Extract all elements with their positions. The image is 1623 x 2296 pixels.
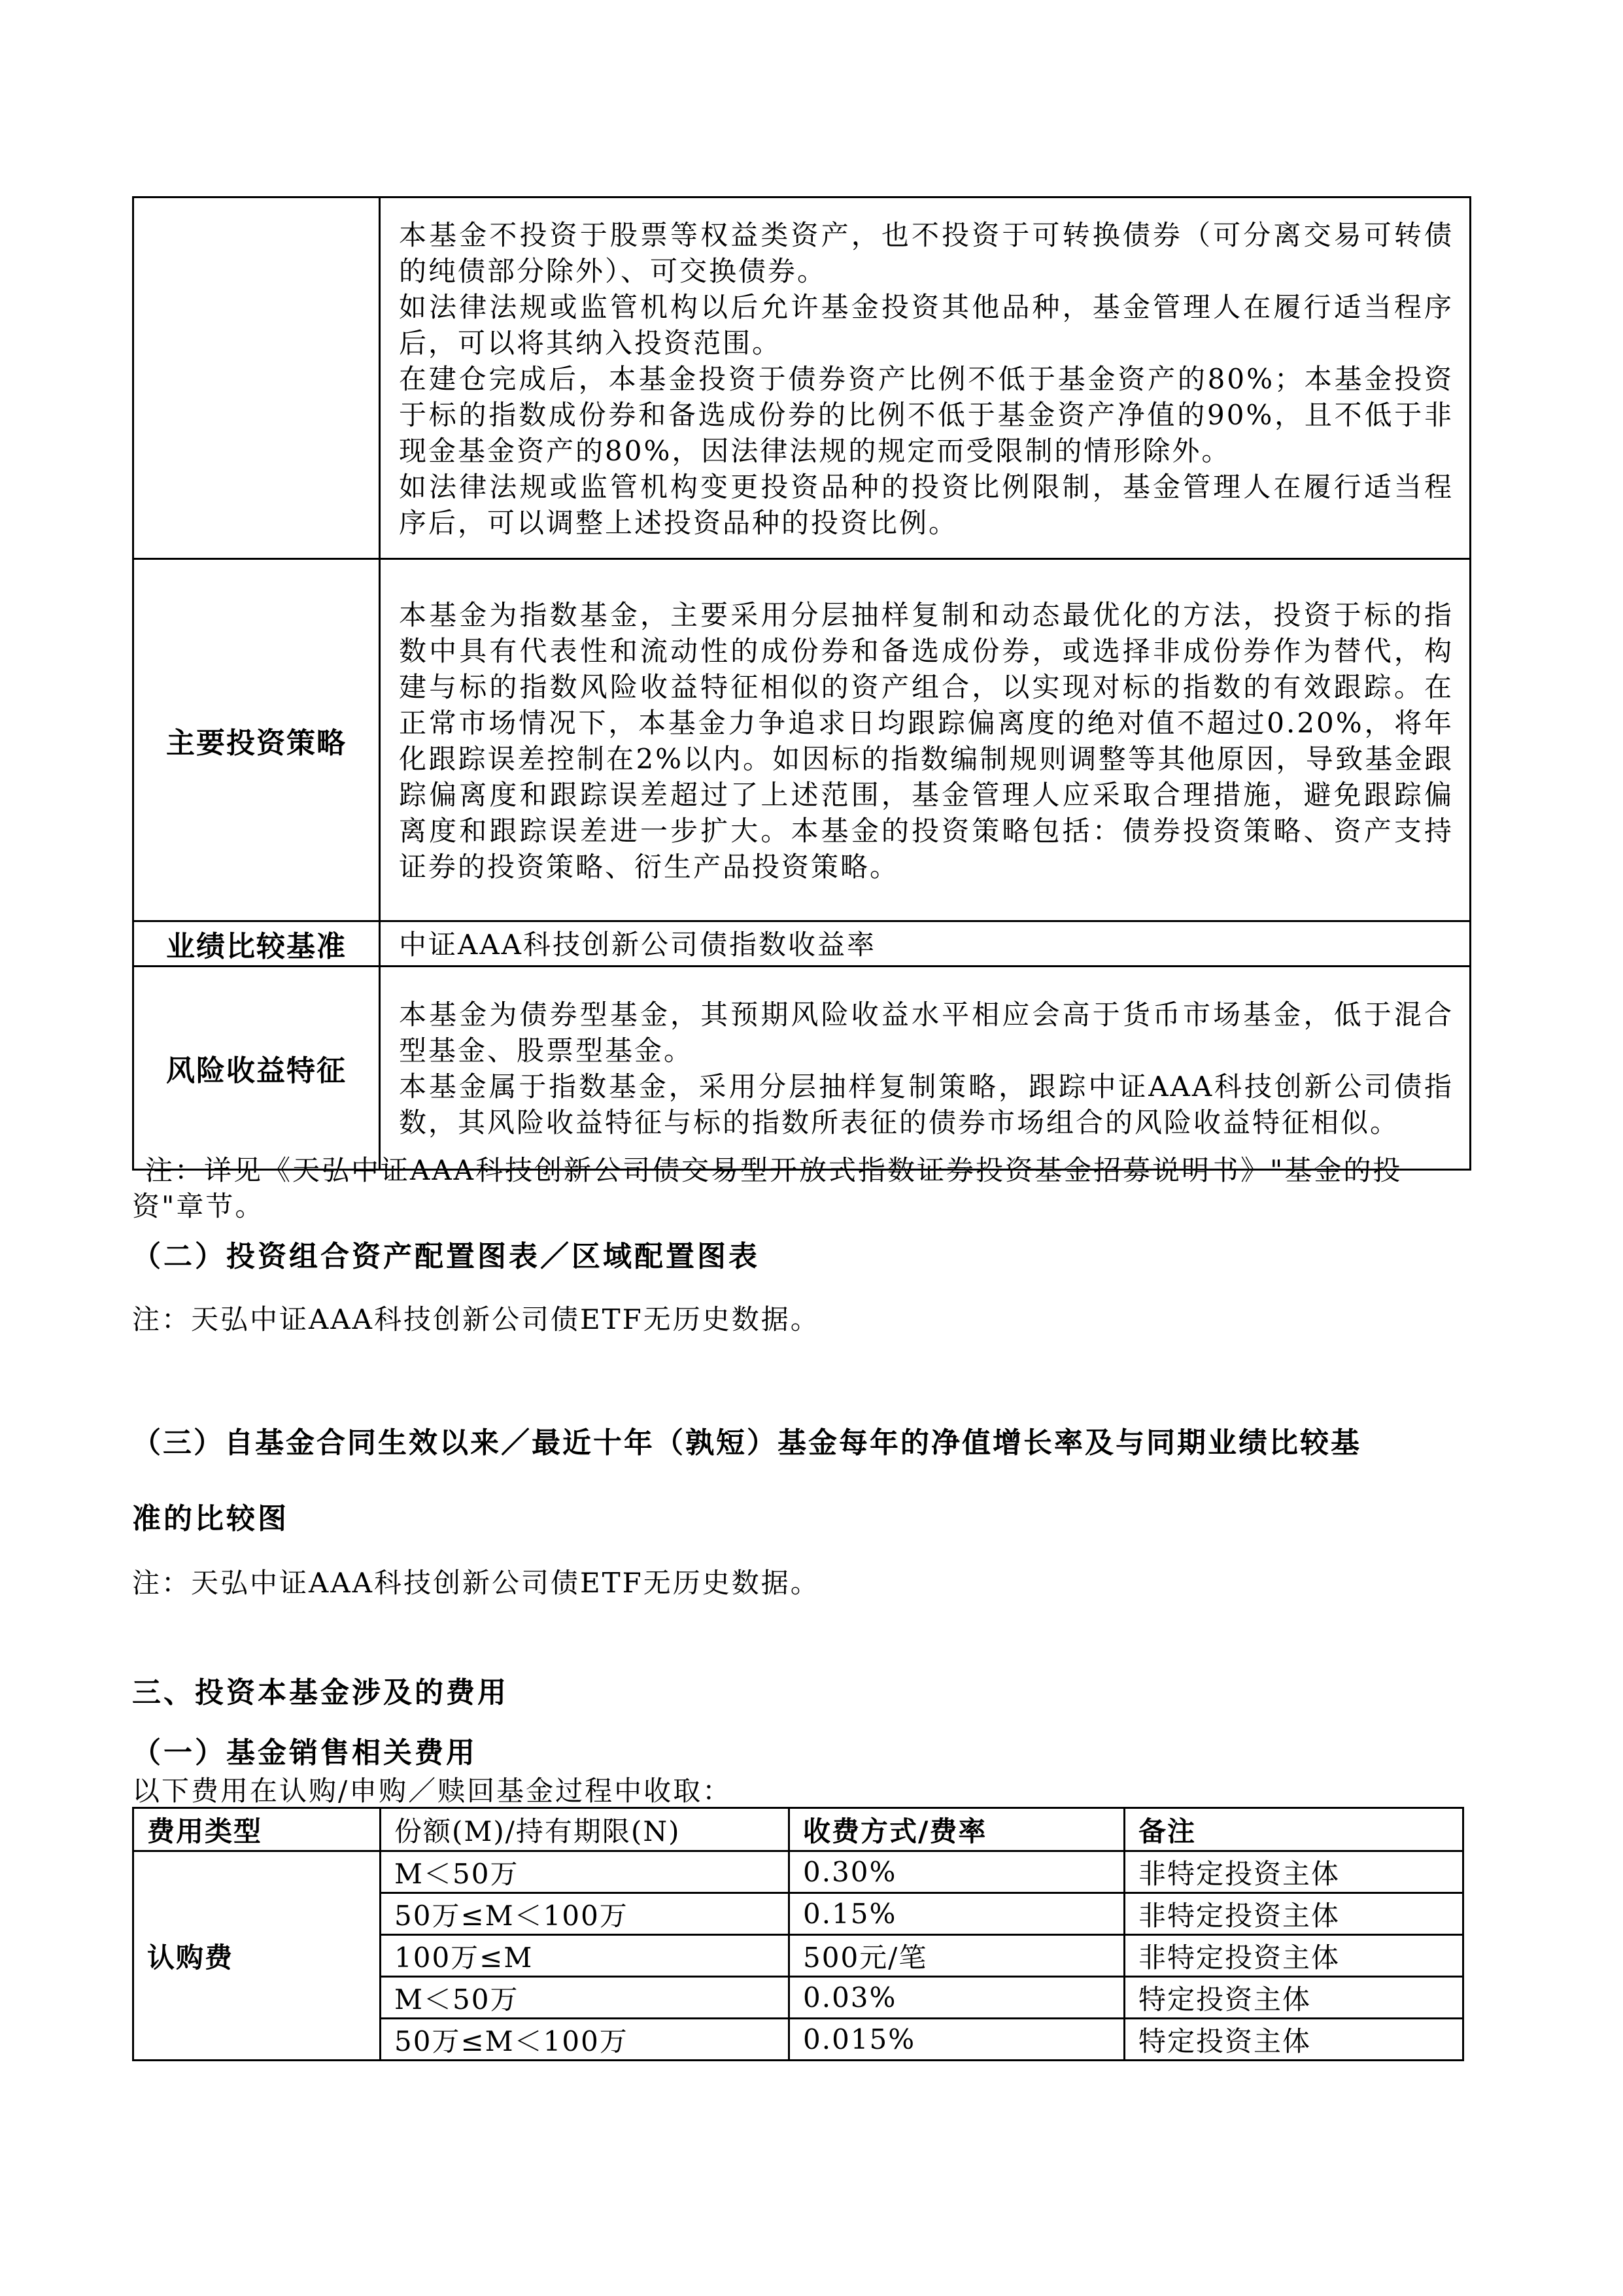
fee-table-header: 费用类型 份额(M)/持有期限(N) 收费方式/费率 备注 bbox=[133, 1808, 1463, 1851]
amount-cell: 50万≤M＜100万 bbox=[381, 1893, 789, 1935]
table-note: 注：详见《天弘中证AAA科技创新公司债交易型开放式指数证券投资基金招募说明书》"… bbox=[132, 1152, 1471, 1224]
header-fee-type: 费用类型 bbox=[133, 1808, 381, 1851]
paragraph: 如法律法规或监管机构以后允许基金投资其他品种，基金管理人在履行适当程序后，可以将… bbox=[399, 289, 1454, 361]
row-content: 本基金为指数基金，主要采用分层抽样复制和动态最优化的方法，投资于标的指数中具有代… bbox=[380, 559, 1471, 921]
fee-type-cell: 认购费 bbox=[133, 1851, 381, 2061]
paragraph: 如法律法规或监管机构变更投资品种的投资比例限制，基金管理人在履行适当程序后，可以… bbox=[399, 469, 1454, 541]
paragraph: 本基金不投资于股票等权益类资产，也不投资于可转换债券（可分离交易可转债的纯债部分… bbox=[399, 217, 1454, 289]
section-3-note: 注：天弘中证AAA科技创新公司债ETF无历史数据。 bbox=[132, 1562, 820, 1601]
remark-cell: 非特定投资主体 bbox=[1125, 1935, 1463, 1977]
row-content: 本基金为债券型基金，其预期风险收益水平相应会高于货币市场基金，低于混合型基金、股… bbox=[380, 967, 1471, 1170]
table-row-risk-return: 风险收益特征 本基金为债券型基金，其预期风险收益水平相应会高于货币市场基金，低于… bbox=[133, 967, 1471, 1170]
header-amount-period: 份额(M)/持有期限(N) bbox=[381, 1808, 789, 1851]
header-remark: 备注 bbox=[1125, 1808, 1463, 1851]
section-2-heading: （二）投资组合资产配置图表／区域配置图表 bbox=[132, 1233, 760, 1275]
sales-fee-table: 费用类型 份额(M)/持有期限(N) 收费方式/费率 备注 认购费 M＜50万 … bbox=[132, 1807, 1464, 2061]
paragraph: 本基金为债券型基金，其预期风险收益水平相应会高于货币市场基金，低于混合型基金、股… bbox=[399, 997, 1454, 1069]
rate-cell: 0.15% bbox=[789, 1893, 1125, 1935]
remark-cell: 特定投资主体 bbox=[1125, 1977, 1463, 2019]
remark-cell: 特定投资主体 bbox=[1125, 2019, 1463, 2061]
section-3-heading-line2: 准的比较图 bbox=[132, 1495, 289, 1537]
rate-cell: 500元/笔 bbox=[789, 1935, 1125, 1977]
amount-cell: 100万≤M bbox=[381, 1935, 789, 1977]
paragraph: 在建仓完成后，本基金投资于债券资产比例不低于基金资产的80%；本基金投资于标的指… bbox=[399, 361, 1454, 469]
table-row-benchmark: 业绩比较基准 中证AAA科技创新公司债指数收益率 bbox=[133, 921, 1471, 967]
header-rate: 收费方式/费率 bbox=[789, 1808, 1125, 1851]
remark-cell: 非特定投资主体 bbox=[1125, 1893, 1463, 1935]
row-content: 中证AAA科技创新公司债指数收益率 bbox=[380, 921, 1471, 967]
table-row: 认购费 M＜50万 0.30% 非特定投资主体 bbox=[133, 1851, 1463, 1893]
section-3-heading-line1: （三）自基金合同生效以来／最近十年（孰短）基金每年的净值增长率及与同期业绩比较基 bbox=[132, 1419, 1361, 1461]
section-2-note: 注：天弘中证AAA科技创新公司债ETF无历史数据。 bbox=[132, 1298, 820, 1337]
amount-cell: M＜50万 bbox=[381, 1977, 789, 2019]
fees-subsection-title: （一）基金销售相关费用 bbox=[132, 1729, 477, 1771]
row-label: 业绩比较基准 bbox=[133, 921, 380, 967]
table-row-main-strategy: 主要投资策略 本基金为指数基金，主要采用分层抽样复制和动态最优化的方法，投资于标… bbox=[133, 559, 1471, 921]
remark-cell: 非特定投资主体 bbox=[1125, 1851, 1463, 1893]
investment-info-table: 本基金不投资于股票等权益类资产，也不投资于可转换债券（可分离交易可转债的纯债部分… bbox=[132, 196, 1471, 1171]
paragraph: 本基金属于指数基金，采用分层抽样复制策略，跟踪中证AAA科技创新公司债指数，其风… bbox=[399, 1069, 1454, 1140]
fees-intro: 以下费用在认购/申购／赎回基金过程中收取： bbox=[132, 1770, 732, 1809]
row-label bbox=[133, 197, 380, 559]
row-content: 本基金不投资于股票等权益类资产，也不投资于可转换债券（可分离交易可转债的纯债部分… bbox=[380, 197, 1471, 559]
paragraph: 本基金为指数基金，主要采用分层抽样复制和动态最优化的方法，投资于标的指数中具有代… bbox=[399, 597, 1454, 885]
rate-cell: 0.015% bbox=[789, 2019, 1125, 2061]
rate-cell: 0.30% bbox=[789, 1851, 1125, 1893]
fees-section-title: 三、投资本基金涉及的费用 bbox=[132, 1669, 509, 1711]
amount-cell: M＜50万 bbox=[381, 1851, 789, 1893]
row-label: 主要投资策略 bbox=[133, 559, 380, 921]
paragraph: 中证AAA科技创新公司债指数收益率 bbox=[399, 927, 1454, 963]
amount-cell: 50万≤M＜100万 bbox=[381, 2019, 789, 2061]
table-row-investment-scope: 本基金不投资于股票等权益类资产，也不投资于可转换债券（可分离交易可转债的纯债部分… bbox=[133, 197, 1471, 559]
row-label: 风险收益特征 bbox=[133, 967, 380, 1170]
rate-cell: 0.03% bbox=[789, 1977, 1125, 2019]
